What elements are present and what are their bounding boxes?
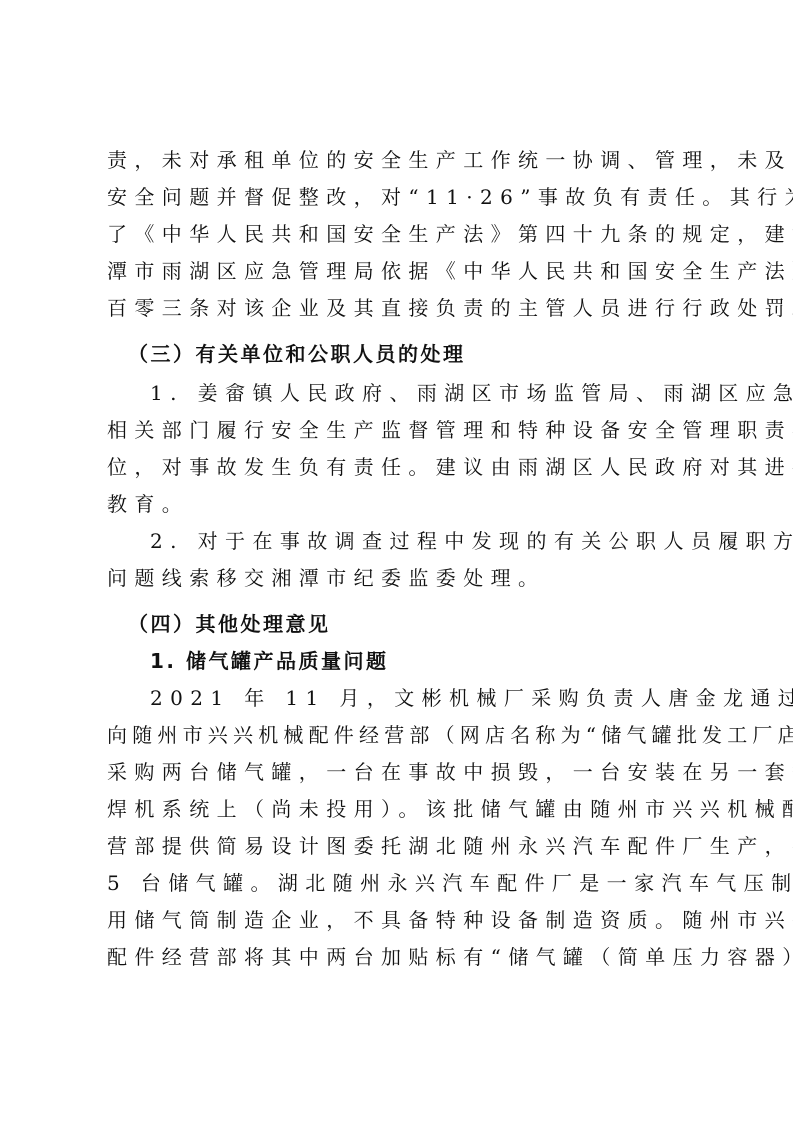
document-page: 责，未对承租单位的安全生产工作统一协调、管理，未及时发现 安全问题并督促整改，对… [0, 0, 793, 1122]
paragraph-line: 责，未对承租单位的安全生产工作统一协调、管理，未及时发现 [107, 142, 697, 179]
paragraph-line: 相关部门履行安全生产监督管理和特种设备安全管理职责不到 [107, 412, 697, 449]
paragraph-line: 百零三条对该企业及其直接负责的主管人员进行行政处罚。 [107, 290, 697, 327]
paragraph-line: 潭市雨湖区应急管理局依据《中华人民共和国安全生产法》第一 [107, 253, 697, 290]
section-heading-4: （四）其他处理意见 [128, 606, 718, 643]
paragraph-line: 采购两台储气罐，一台在事故中损毁，一台安装在另一套等离子 [107, 754, 697, 791]
paragraph-line: 配件经营部将其中两台加贴标有“储气罐（简单压力容器） 名 [107, 939, 697, 976]
paragraph-line: 焊机系统上（尚未投用）。该批储气罐由随州市兴兴机械配件经 [107, 791, 697, 828]
subsection-heading: 1. 储气罐产品质量问题 [150, 643, 697, 680]
paragraph-line: 问题线索移交湘潭市纪委监委处理。 [107, 560, 697, 597]
paragraph-line: 教育。 [107, 486, 697, 523]
paragraph-line: 安全问题并督促整改，对“11·26”事故负有责任。其行为违反 [107, 179, 697, 216]
paragraph-line: 向随州市兴兴机械配件经营部（网店名称为“储气罐批发工厂店”） [107, 717, 697, 754]
paragraph-line: 了《中华人民共和国安全生产法》第四十九条的规定，建议由湘 [107, 216, 697, 253]
paragraph-line: 2021 年 11 月，文彬机械厂采购负责人唐金龙通过淘宝平台 [150, 680, 697, 717]
paragraph-line: 2. 对于在事故调查过程中发现的有关公职人员履职方面的 [150, 523, 697, 560]
paragraph-line: 营部提供简易设计图委托湖北随州永兴汽车配件厂生产，共制作 [107, 828, 697, 865]
paragraph-line: 用储气筒制造企业，不具备特种设备制造资质。随州市兴兴机械 [107, 902, 697, 939]
paragraph-line: 5 台储气罐。湖北随州永兴汽车配件厂是一家汽车气压制动装置 [107, 865, 697, 902]
paragraph-line: 位，对事故发生负有责任。建议由雨湖区人民政府对其进行约谈 [107, 449, 697, 486]
paragraph-line: 1. 姜畲镇人民政府、雨湖区市场监管局、雨湖区应急局督促 [150, 375, 697, 412]
section-heading-3: （三）有关单位和公职人员的处理 [128, 336, 718, 373]
